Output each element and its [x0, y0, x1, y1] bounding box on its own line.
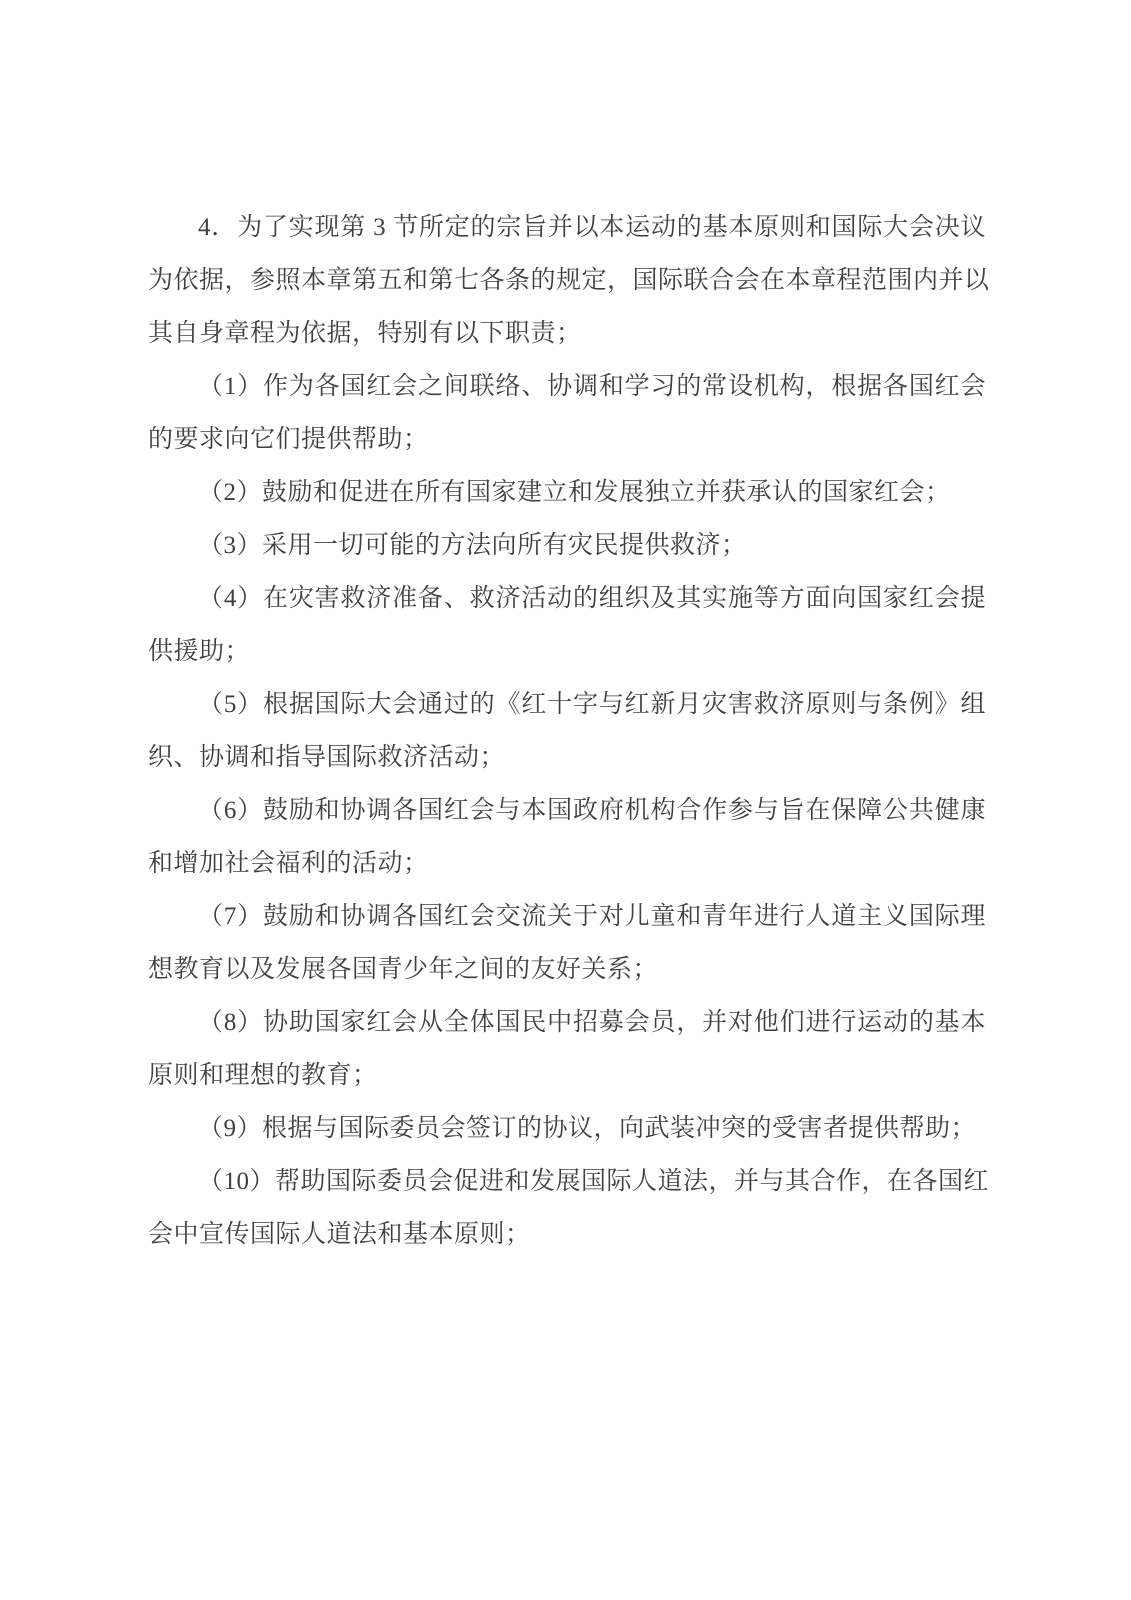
text-line: （4）在灾害救济准备、救济活动的组织及其实施等方面向国家红会提 [148, 572, 986, 625]
text-line: 想教育以及发展各国青少年之间的友好关系； [148, 943, 986, 996]
text-line: （6）鼓励和协调各国红会与本国政府机构合作参与旨在保障公共健康 [148, 784, 986, 837]
paragraph-item-10: （10）帮助国际委员会促进和发展国际人道法，并与其合作，在各国红 会中宣传国际人… [148, 1155, 986, 1261]
text-line: 织、协调和指导国际救济活动； [148, 731, 986, 784]
text-line: （10）帮助国际委员会促进和发展国际人道法，并与其合作，在各国红 [148, 1155, 986, 1208]
text-line: （9）根据与国际委员会签订的协议，向武装冲突的受害者提供帮助； [148, 1102, 986, 1155]
text-line: 会中宣传国际人道法和基本原则； [148, 1208, 986, 1261]
text-line: 的要求向它们提供帮助； [148, 413, 986, 466]
paragraph-item-3: （3）采用一切可能的方法向所有灾民提供救济； [148, 519, 986, 572]
text-line: （7）鼓励和协调各国红会交流关于对儿童和青年进行人道主义国际理 [148, 890, 986, 943]
paragraph-item-6: （6）鼓励和协调各国红会与本国政府机构合作参与旨在保障公共健康 和增加社会福利的… [148, 784, 986, 890]
document-page: 4．为了实现第 3 节所定的宗旨并以本运动的基本原则和国际大会决议 为依据，参照… [0, 0, 1131, 1600]
paragraph-item-1: （1）作为各国红会之间联络、协调和学习的常设机构，根据各国红会 的要求向它们提供… [148, 360, 986, 466]
paragraph-item-8: （8）协助国家红会从全体国民中招募会员，并对他们进行运动的基本 原则和理想的教育… [148, 996, 986, 1102]
text-line: （3）采用一切可能的方法向所有灾民提供救济； [148, 519, 986, 572]
document-body: 4．为了实现第 3 节所定的宗旨并以本运动的基本原则和国际大会决议 为依据，参照… [148, 201, 986, 1261]
text-line: 4．为了实现第 3 节所定的宗旨并以本运动的基本原则和国际大会决议 [148, 201, 986, 254]
text-line: （8）协助国家红会从全体国民中招募会员，并对他们进行运动的基本 [148, 996, 986, 1049]
text-line: 其自身章程为依据，特别有以下职责； [148, 307, 986, 360]
text-line: 和增加社会福利的活动； [148, 837, 986, 890]
paragraph-item-4: （4）在灾害救济准备、救济活动的组织及其实施等方面向国家红会提 供援助； [148, 572, 986, 678]
text-line: （1）作为各国红会之间联络、协调和学习的常设机构，根据各国红会 [148, 360, 986, 413]
text-line: 为依据，参照本章第五和第七各条的规定，国际联合会在本章程范围内并以 [148, 254, 986, 307]
paragraph-item-2: （2）鼓励和促进在所有国家建立和发展独立并获承认的国家红会； [148, 466, 986, 519]
text-line: 原则和理想的教育； [148, 1049, 986, 1102]
paragraph-item-9: （9）根据与国际委员会签订的协议，向武装冲突的受害者提供帮助； [148, 1102, 986, 1155]
paragraph-item-5: （5）根据国际大会通过的《红十字与红新月灾害救济原则与条例》组 织、协调和指导国… [148, 678, 986, 784]
text-line: （2）鼓励和促进在所有国家建立和发展独立并获承认的国家红会； [148, 466, 986, 519]
text-line: 供援助； [148, 625, 986, 678]
paragraph-item-7: （7）鼓励和协调各国红会交流关于对儿童和青年进行人道主义国际理 想教育以及发展各… [148, 890, 986, 996]
text-line: （5）根据国际大会通过的《红十字与红新月灾害救济原则与条例》组 [148, 678, 986, 731]
paragraph-intro: 4．为了实现第 3 节所定的宗旨并以本运动的基本原则和国际大会决议 为依据，参照… [148, 201, 986, 360]
